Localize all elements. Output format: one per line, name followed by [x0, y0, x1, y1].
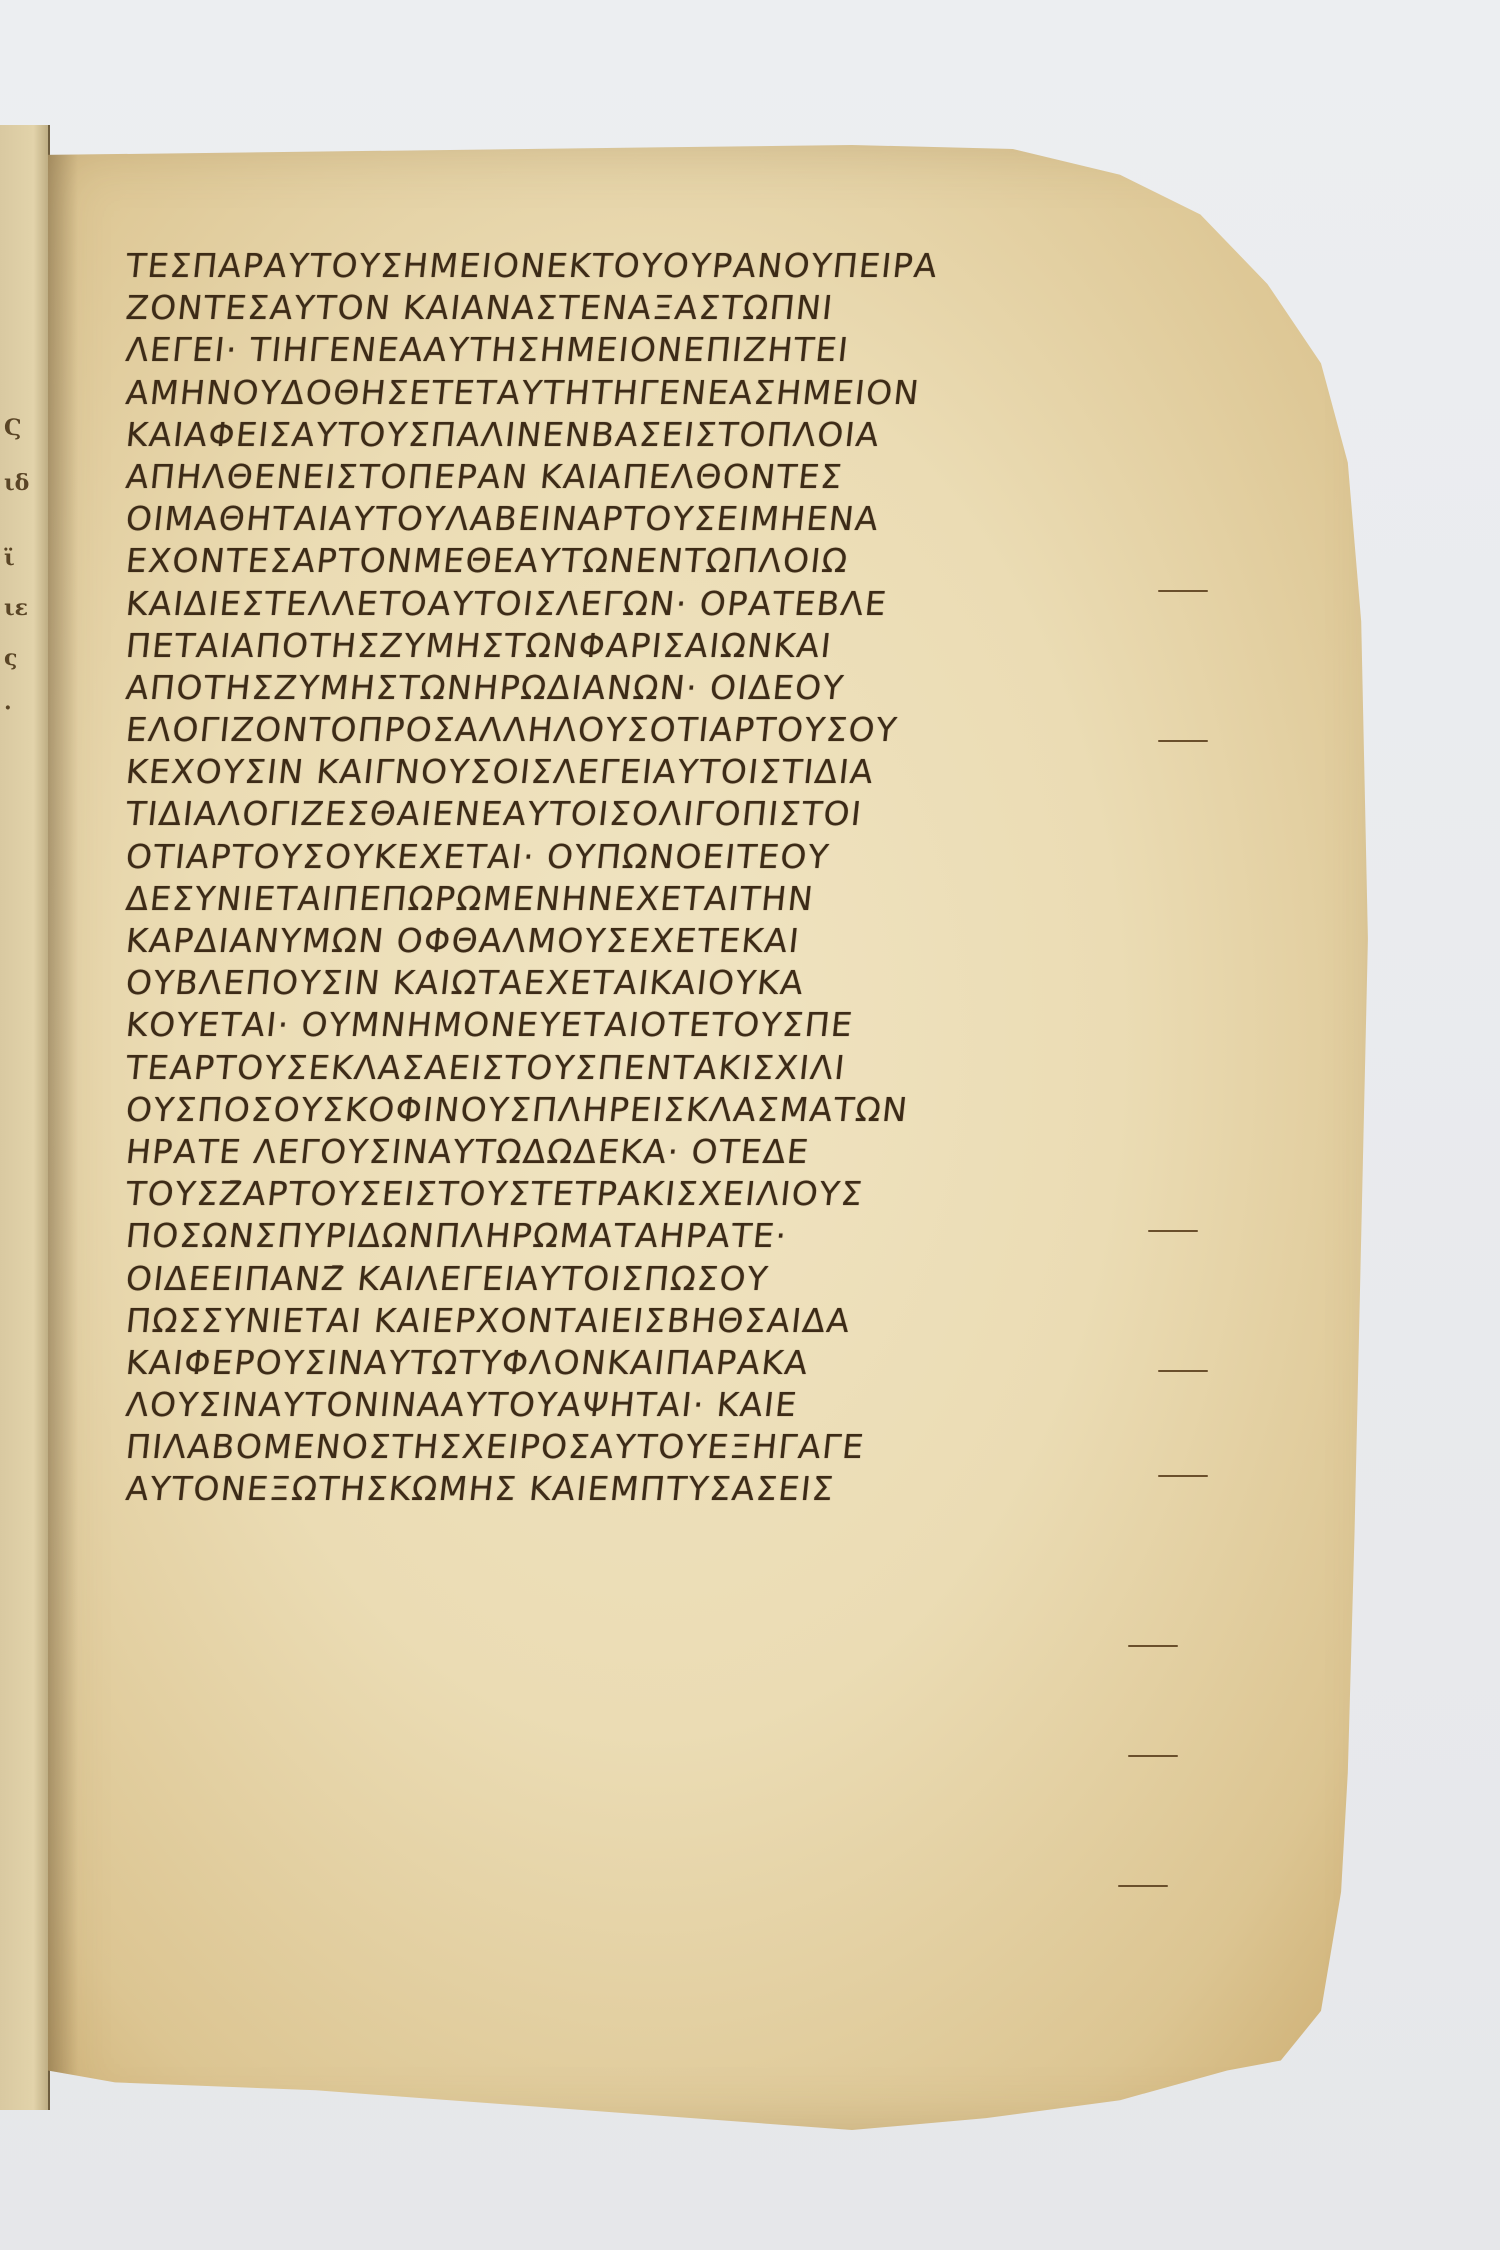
margin-mark: ς [4, 645, 17, 671]
margin-mark: Ϛ [4, 415, 22, 441]
text-line: ΠΩΣΣΥΝΙΕΤΑΙ ΚΑΙΕΡΧΟΝΤΑΙΕΙΣΒΗΘΣΑΙΔΑ [124, 1300, 1168, 1342]
manuscript-folio: ΤΕΣΠΑΡΑΥΤΟΥΣΗΜΕΙΟΝΕΚΤΟΥΟΥΡΑΝΟΥΠΕΙΡΑ ΖΟΝΤ… [48, 145, 1388, 2130]
text-line: ΖΟΝΤΕΣΑΥΤΟΝ ΚΑΙΑΝΑΣΤΕΝΑΞΑΣΤΩΠΝΙ [124, 287, 1168, 329]
margin-flourish [1158, 1370, 1208, 1372]
text-line: ΑΠΗΛΘΕΝΕΙΣΤΟΠΕΡΑΝ ΚΑΙΑΠΕΛΘΟΝΤΕΣ [124, 456, 1168, 498]
margin-flourish [1128, 1645, 1178, 1647]
text-line: ΚΑΙΔΙΕΣΤΕΛΛΕΤΟΑΥΤΟΙΣΛΕΓΩΝ· ΟΡΑΤΕΒΛΕ [124, 583, 1168, 625]
text-line: ΚΑΡΔΙΑΝΥΜΩΝ ΟΦΘΑΛΜΟΥΣΕΧΕΤΕΚΑΙ [124, 920, 1168, 962]
text-line: ΠΟΣΩΝΣΠΥΡΙΔΩΝΠΛΗΡΩΜΑΤΑΗΡΑΤΕ· [124, 1215, 1168, 1257]
margin-flourish [1118, 1885, 1168, 1887]
text-line: ΔΕΣΥΝΙΕΤΑΙΠΕΠΩΡΩΜΕΝΗΝΕΧΕΤΑΙΤΗΝ [124, 878, 1168, 920]
text-line: ΕΛΟΓΙΖΟΝΤΟΠΡΟΣΑΛΛΗΛΟΥΣΟΤΙΑΡΤΟΥΣΟΥ [124, 709, 1168, 751]
margin-mark: ιε [4, 595, 28, 621]
text-line: ΑΠΟΤΗΣΖΥΜΗΣΤΩΝΗΡΩΔΙΑΝΩΝ· ΟΙΔΕΟΥ [124, 667, 1168, 709]
margin-mark: · [4, 695, 12, 721]
text-column: ΤΕΣΠΑΡΑΥΤΟΥΣΗΜΕΙΟΝΕΚΤΟΥΟΥΡΑΝΟΥΠΕΙΡΑ ΖΟΝΤ… [126, 245, 1166, 1511]
margin-mark: ιδ [4, 470, 29, 496]
text-line: ΛΕΓΕΙ· ΤΙΗΓΕΝΕΑΑΥΤΗΣΗΜΕΙΟΝΕΠΙΖΗΤΕΙ [124, 329, 1168, 371]
text-line: ΚΕΧΟΥΣΙΝ ΚΑΙΓΝΟΥΣΟΙΣΛΕΓΕΙΑΥΤΟΙΣΤΙΔΙΑ [124, 751, 1168, 793]
text-line: ΟΤΙΑΡΤΟΥΣΟΥΚΕΧΕΤΑΙ· ΟΥΠΩΝΟΕΙΤΕΟΥ [124, 836, 1168, 878]
text-line: ΗΡΑΤΕ ΛΕΓΟΥΣΙΝΑΥΤΩΔΩΔΕΚΑ· ΟΤΕΔΕ [124, 1131, 1168, 1173]
margin-mark: ϊ [4, 545, 15, 571]
text-line: ΚΑΙΑΦΕΙΣΑΥΤΟΥΣΠΑΛΙΝΕΝΒΑΣΕΙΣΤΟΠΛΟΙΑ [124, 414, 1168, 456]
text-line: ΤΕΑΡΤΟΥΣΕΚΛΑΣΑΕΙΣΤΟΥΣΠΕΝΤΑΚΙΣΧΙΛΙ [124, 1047, 1168, 1089]
text-line: ΑΥΤΟΝΕΞΩΤΗΣΚΩΜΗΣ ΚΑΙΕΜΠΤΥΣΑΣΕΙΣ [124, 1468, 1168, 1510]
text-line: ΠΕΤΑΙΑΠΟΤΗΣΖΥΜΗΣΤΩΝΦΑΡΙΣΑΙΩΝΚΑΙ [124, 625, 1168, 667]
text-line: ΑΜΗΝΟΥΔΟΘΗΣΕΤΕΤΑΥΤΗΤΗΓΕΝΕΑΣΗΜΕΙΟΝ [124, 372, 1168, 414]
text-line: ΟΙΜΑΘΗΤΑΙΑΥΤΟΥΛΑΒΕΙΝΑΡΤΟΥΣΕΙΜΗΕΝΑ [124, 498, 1168, 540]
text-line: ΛΟΥΣΙΝΑΥΤΟΝΙΝΑΑΥΤΟΥΑΨΗΤΑΙ· ΚΑΙΕ [124, 1384, 1168, 1426]
text-line: ΤΙΔΙΑΛΟΓΙΖΕΣΘΑΙΕΝΕΑΥΤΟΙΣΟΛΙΓΟΠΙΣΤΟΙ [124, 793, 1168, 835]
text-line: ΚΑΙΦΕΡΟΥΣΙΝΑΥΤΩΤΥΦΛΟΝΚΑΙΠΑΡΑΚΑ [124, 1342, 1168, 1384]
margin-flourish [1158, 590, 1208, 592]
text-line: ΟΥΒΛΕΠΟΥΣΙΝ ΚΑΙΩΤΑΕΧΕΤΑΙΚΑΙΟΥΚΑ [124, 962, 1168, 1004]
text-line: ΤΟΥΣΖ̄ΑΡΤΟΥΣΕΙΣΤΟΥΣΤΕΤΡΑΚΙΣΧΕΙΛΙΟΥΣ [124, 1173, 1168, 1215]
margin-flourish [1128, 1755, 1178, 1757]
text-line: ΟΙΔΕΕΙΠΑΝΖ̄ ΚΑΙΛΕΓΕΙΑΥΤΟΙΣΠΩΣΟΥ [124, 1258, 1168, 1300]
text-line: ΕΧΟΝΤΕΣΑΡΤΟΝΜΕΘΕΑΥΤΩΝΕΝΤΩΠΛΟΙΩ [124, 540, 1168, 582]
gutter-shadow [48, 145, 78, 2130]
facing-page-edge: Ϛ ιδ ϊ ιε ς · [0, 125, 50, 2110]
text-line: ΟΥΣΠΟΣΟΥΣΚΟΦΙΝΟΥΣΠΛΗΡΕΙΣΚΛΑΣΜΑΤΩΝ [124, 1089, 1168, 1131]
margin-flourish [1158, 740, 1208, 742]
margin-flourish [1148, 1230, 1198, 1232]
text-line: ΤΕΣΠΑΡΑΥΤΟΥΣΗΜΕΙΟΝΕΚΤΟΥΟΥΡΑΝΟΥΠΕΙΡΑ [124, 245, 1168, 287]
margin-flourish [1158, 1475, 1208, 1477]
text-line: ΠΙΛΑΒΟΜΕΝΟΣΤΗΣΧΕΙΡΟΣΑΥΤΟΥΕΞΗΓΑΓΕ [124, 1426, 1168, 1468]
text-line: ΚΟΥΕΤΑΙ· ΟΥΜΝΗΜΟΝΕΥΕΤΑΙΟΤΕΤΟΥΣΠΕ [124, 1004, 1168, 1046]
